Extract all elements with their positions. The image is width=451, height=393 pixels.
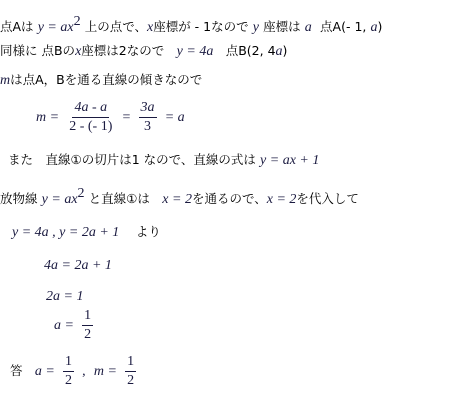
numerator: 4a - a: [72, 100, 109, 118]
exponent: 2: [78, 186, 85, 201]
line-solution: a = 1 2: [54, 308, 97, 343]
math-equation: 4a = 2a + 1: [44, 258, 112, 273]
line-intercept: また 直線①の切片は1 なので、直線の式は y = ax + 1: [8, 152, 319, 169]
denominator: 2: [63, 372, 74, 389]
math-a: a: [371, 20, 378, 35]
answer-label: 答: [10, 363, 23, 378]
line-substitution: 放物線 y = ax2 と直線①は x = 2を通るので、x = 2を代入して: [0, 186, 359, 208]
denominator: 2: [82, 326, 93, 343]
equals: =: [123, 110, 131, 125]
text: また 直線①の切片は1 なので、直線の式は: [8, 152, 256, 167]
line-slope-calc: m = 4a - a 2 - (- 1) = 3a 3 = a: [36, 100, 185, 135]
line-point-b: 同様に 点Bのx座標は2なので y = 4a 点B(2, 4a): [0, 43, 287, 60]
text: ): [378, 19, 383, 34]
text: 上の点で、: [85, 19, 147, 34]
math-parabola: y = ax: [38, 20, 74, 35]
line-point-a: 点Aは y = ax2 上の点で、x座標が - 1なので y 座標は a 点A(…: [0, 14, 382, 36]
text: ): [283, 43, 288, 58]
line-answer: 答 a = 1 2 , m = 1 2: [10, 354, 140, 389]
fraction: 1 2: [63, 354, 74, 389]
math-a-eq: a =: [54, 318, 74, 333]
numerator: 1: [63, 354, 74, 372]
math-y: y: [253, 20, 259, 35]
line-system: y = 4a , y = 2a + 1 より: [12, 224, 161, 241]
text: 点B(2, 4: [226, 43, 276, 58]
math-m-eq: m =: [94, 364, 117, 379]
math-x-2: x = 2: [267, 192, 297, 207]
text: と直線①は: [89, 191, 150, 206]
math-x-2: x = 2: [162, 192, 192, 207]
math-y-4a: y = 4a: [177, 44, 214, 59]
denominator: 2 - (- 1): [67, 118, 114, 135]
line-equation: 4a = 2a + 1: [44, 258, 112, 274]
text: 同様に 点Bの: [0, 43, 75, 58]
numerator: 3a: [139, 100, 157, 118]
line-equation-2: 2a = 1: [46, 289, 83, 305]
math-line-equation: y = ax + 1: [260, 153, 319, 168]
exponent: 2: [74, 14, 81, 29]
numerator: 1: [82, 308, 93, 326]
denominator: 3: [142, 118, 153, 135]
text: を通るので、: [192, 191, 267, 206]
math-a: a: [305, 20, 312, 35]
fraction: 1 2: [125, 354, 136, 389]
fraction: 1 2: [82, 308, 93, 343]
text: 座標は: [263, 19, 301, 34]
math-m-eq: m =: [36, 110, 59, 125]
text: 点A(- 1,: [320, 19, 366, 34]
text: は点A，Bを通る直線の傾きなので: [10, 72, 202, 87]
text: を代入して: [296, 191, 359, 206]
math-result: = a: [165, 110, 185, 125]
math-parabola: y = ax: [42, 192, 78, 207]
math-system: y = 4a , y = 2a + 1: [12, 225, 119, 240]
math-equation: 2a = 1: [46, 289, 83, 304]
math-a-eq: a =: [35, 364, 55, 379]
text: 座標が - 1なので: [153, 19, 248, 34]
text: より: [136, 224, 161, 239]
text: 点Aは: [0, 19, 34, 34]
math-a: a: [276, 44, 283, 59]
line-slope-intro: mは点A，Bを通る直線の傾きなので: [0, 72, 202, 89]
denominator: 2: [125, 372, 136, 389]
separator: ,: [82, 364, 86, 379]
numerator: 1: [125, 354, 136, 372]
math-m: m: [0, 73, 10, 88]
fraction: 4a - a 2 - (- 1): [67, 100, 114, 135]
text: 座標は2なので: [81, 43, 164, 58]
fraction: 3a 3: [139, 100, 157, 135]
text: 放物線: [0, 191, 38, 206]
